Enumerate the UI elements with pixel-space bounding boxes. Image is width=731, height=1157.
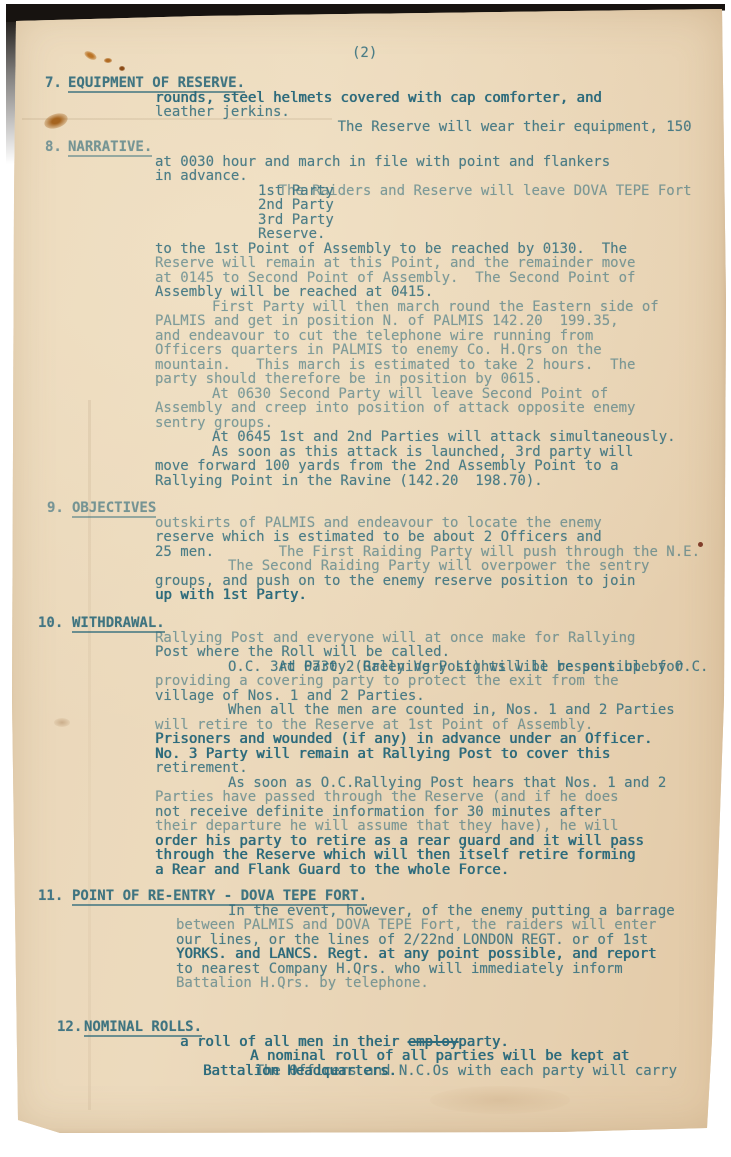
text-line: a Rear and Flank Guard to the whole Forc… [0, 863, 731, 878]
section-number: 10. [38, 616, 63, 631]
section-number: 12. [57, 1020, 82, 1035]
section-11: 11. POINT OF RE-ENTRY - DOVA TEPE FORT. … [0, 889, 731, 991]
text-line: at 0145 to Second Point of Assembly. The… [0, 271, 731, 286]
text-line: At 0630 Second Party will leave Second P… [0, 387, 731, 402]
text-line: mountain. This march is estimated to tak… [0, 358, 731, 373]
text-line: move forward 100 yards from the 2nd Asse… [0, 459, 731, 474]
section-12: 12. NOMINAL ROLLS. The Officers and N.C.… [0, 1020, 731, 1078]
text-line: village of Nos. 1 and 2 Parties. [0, 689, 731, 704]
text-line: to the 1st Point of Assembly to be reach… [0, 242, 731, 257]
text-line: 1st Party [0, 184, 731, 199]
text-line: retirement. [0, 761, 731, 776]
text-line: party should therefore be in position by… [0, 372, 731, 387]
text-line: up with 1st Party. [0, 588, 731, 603]
section-9: 9. OBJECTIVES The First Raiding Party wi… [0, 501, 731, 603]
text-line: YORKS. and LANCS. Regt. at any point pos… [0, 947, 731, 962]
text-line: The Second Raiding Party will overpower … [0, 559, 731, 574]
text-line: 2nd Party [0, 198, 731, 213]
text-line: groups, and push on to the enemy reserve… [0, 574, 731, 589]
text-line: Post where the Roll will be called. [0, 645, 731, 660]
text-line: Officers quarters in PALMIS to enemy Co.… [0, 343, 731, 358]
text-line: Battalion H.Qrs. by telephone. [0, 976, 731, 991]
text-line: At 0645 1st and 2nd Parties will attack … [0, 430, 731, 445]
text-line: in advance. [0, 169, 731, 184]
text-line: 12. NOMINAL ROLLS. The Officers and N.C.… [0, 1020, 731, 1035]
text-line: First Party will then march round the Ea… [0, 300, 731, 315]
section-number: 8. [45, 140, 62, 155]
text-line: outskirts of PALMIS and endeavour to loc… [0, 516, 731, 531]
section-number: 7. [45, 76, 62, 91]
text-line: Rallying Post and everyone will at once … [0, 631, 731, 646]
section-text: The Reserve will wear their equipment, 1… [338, 119, 692, 135]
text-line: Rallying Point in the Ravine (142.20 198… [0, 474, 731, 489]
text-line: leather jerkins. [0, 105, 731, 120]
text-line: not receive definite information for 30 … [0, 805, 731, 820]
text-line: will retire to the Reserve at 1st Point … [0, 718, 731, 733]
text-line: 25 men. [0, 545, 731, 560]
text-line: rounds, steel helmets covered with cap c… [0, 91, 731, 106]
text-line: through the Reserve which will then itse… [0, 848, 731, 863]
section-number: 9. [47, 501, 64, 516]
section-text: reserve which is estimated to be about 2… [155, 529, 602, 545]
section-10: 10. WITHDRAWAL. At 0730 2 Green Very Lig… [0, 616, 731, 877]
text-line: sentry groups. [0, 416, 731, 431]
text-line: A nominal roll of all parties will be ke… [0, 1049, 731, 1064]
section-text: Rallying Point in the Ravine (142.20 198… [155, 473, 543, 489]
text-line: No. 3 Party will remain at Rallying Post… [0, 747, 731, 762]
text-line: O.C. 3rd Party (Rallying Post) will be r… [0, 660, 731, 675]
text-line: 7. EQUIPMENT OF RESERVE. The Reserve wil… [0, 76, 731, 91]
text-line: and endeavour to cut the telephone wire … [0, 329, 731, 344]
section-text: leather jerkins. [155, 104, 290, 120]
text-line: Reserve. [0, 227, 731, 242]
text-line: As soon as O.C.Rallying Post hears that … [0, 776, 731, 791]
scanned-document-page: (2) 7. EQUIPMENT OF RESERVE. The Reserve… [0, 0, 731, 1157]
text-line: PALMIS and get in position N. of PALMIS … [0, 314, 731, 329]
section-text: a Rear and Flank Guard to the whole Forc… [155, 862, 509, 878]
text-line: As soon as this attack is launched, 3rd … [0, 445, 731, 460]
text-line: When all the men are counted in, Nos. 1 … [0, 703, 731, 718]
text-line: their departure he will assume that they… [0, 819, 731, 834]
section-7: 7. EQUIPMENT OF RESERVE. The Reserve wil… [0, 76, 731, 120]
text-line: our lines, or the lines of 2/22nd LONDON… [0, 933, 731, 948]
section-text: 25 men. [155, 544, 214, 560]
text-line: Assembly will be reached at 0415. [0, 285, 731, 300]
text-line: Assembly and creep into position of atta… [0, 401, 731, 416]
text-line: 11. POINT OF RE-ENTRY - DOVA TEPE FORT. [0, 889, 731, 904]
text-line: to nearest Company H.Qrs. who will immed… [0, 962, 731, 977]
text-line: 8. NARRATIVE. The Raiders and Reserve wi… [0, 140, 731, 155]
section-text: Battalion H.Qrs. by telephone. [176, 975, 429, 991]
text-line: Parties have passed through the Reserve … [0, 790, 731, 805]
text-line: order his party to retire as a rear guar… [0, 834, 731, 849]
text-line: 10. WITHDRAWAL. At 0730 2 Green Very Lig… [0, 616, 731, 631]
text-line: a roll of all men in their employparty. [0, 1035, 731, 1050]
page-number: (2) [352, 46, 377, 61]
section-number: 11. [38, 889, 63, 904]
text-line: reserve which is estimated to be about 2… [0, 530, 731, 545]
text-line: providing a covering party to protect th… [0, 674, 731, 689]
section-text: in advance. [155, 168, 248, 184]
section-text: up with 1st Party. [155, 587, 307, 603]
text-line: Prisoners and wounded (if any) in advanc… [0, 732, 731, 747]
text-line: Battalion Headquarters. [0, 1064, 731, 1079]
text-line: In the event, however, of the enemy putt… [0, 904, 731, 919]
text-layer: (2) 7. EQUIPMENT OF RESERVE. The Reserve… [0, 0, 731, 1157]
text-line: at 0030 hour and march in file with poin… [0, 155, 731, 170]
section-8: 8. NARRATIVE. The Raiders and Reserve wi… [0, 140, 731, 488]
text-line: 9. OBJECTIVES The First Raiding Party wi… [0, 501, 731, 516]
text-line: between PALMIS and DOVA TEPE Fort, the r… [0, 918, 731, 933]
section-text: Battalion Headquarters. [203, 1063, 397, 1079]
text-line: Reserve will remain at this Point, and t… [0, 256, 731, 271]
text-line: 3rd Party [0, 213, 731, 228]
